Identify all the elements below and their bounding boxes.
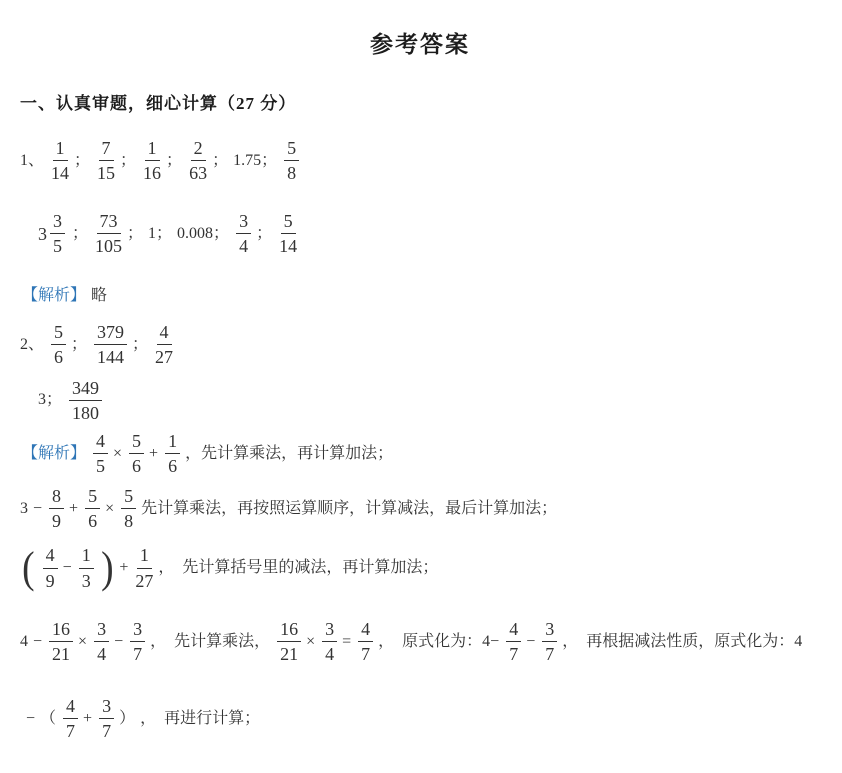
- fraction-numerator: 2: [191, 138, 206, 161]
- answer-row-q1-part1: 1、114；715；116；263；1.75；58: [20, 138, 820, 183]
- analysis-label: 【解析】: [22, 285, 86, 307]
- analysis-label: 【解析】: [22, 443, 86, 465]
- fraction-denominator: 144: [97, 345, 124, 367]
- fraction: 34: [236, 211, 251, 256]
- fraction-numerator: 5: [281, 211, 296, 234]
- fraction: 114: [51, 138, 69, 183]
- document-page: 参考答案 一、认真审题，细心计算（27 分） 1、114；715；116；263…: [0, 0, 842, 741]
- fraction-denominator: 7: [66, 719, 75, 741]
- fraction: 1621: [277, 619, 301, 664]
- fraction: 35: [50, 211, 65, 256]
- text-run: ；: [120, 150, 136, 172]
- fraction-numerator: 1: [137, 545, 152, 568]
- analysis-row-q2-step3: (49−13)+127， 先计算括号里的减法，再计算加法；: [20, 545, 820, 590]
- text-run: −: [33, 498, 42, 520]
- mixed-number-whole: 3: [38, 222, 47, 246]
- text-run: （: [40, 708, 56, 730]
- fraction: 37: [542, 619, 557, 664]
- analysis-row-q1: 【解析】略: [20, 285, 820, 307]
- fraction-denominator: 4: [97, 642, 106, 664]
- fraction-denominator: 27: [135, 569, 153, 591]
- text-run: 2、: [20, 334, 44, 356]
- fraction-numerator: 3: [542, 619, 557, 642]
- fraction-denominator: 3: [82, 569, 91, 591]
- answer-row-q2-part1: 2、56；379144；427: [20, 322, 820, 367]
- fraction: 116: [143, 138, 161, 183]
- fraction-numerator: 379: [94, 322, 127, 345]
- text-run: ， 先计算括号里的减法，再计算加法；: [158, 557, 438, 579]
- fraction: 37: [99, 696, 114, 741]
- fraction: 13: [79, 545, 94, 590]
- fraction-denominator: 105: [95, 234, 122, 256]
- text-run: ， 原式化为：4−: [378, 631, 499, 653]
- text-run: ；: [132, 334, 148, 356]
- fraction: 514: [279, 211, 297, 256]
- fraction-numerator: 73: [97, 211, 121, 234]
- fraction: 349180: [69, 378, 102, 423]
- text-run: +: [83, 708, 92, 730]
- text-run: ；: [71, 334, 87, 356]
- text-run: −: [33, 631, 42, 653]
- fraction-denominator: 6: [88, 509, 97, 531]
- fraction-denominator: 9: [46, 569, 55, 591]
- text-run: ；: [256, 223, 272, 245]
- fraction: 47: [358, 619, 373, 664]
- fraction-numerator: 4: [358, 619, 373, 642]
- text-run: 4: [20, 631, 28, 653]
- fraction: 427: [155, 322, 173, 367]
- fraction-denominator: 6: [168, 454, 177, 476]
- text-run: ， 先计算乘法，: [150, 631, 270, 653]
- fraction: 56: [51, 322, 66, 367]
- fraction: 47: [506, 619, 521, 664]
- fraction-numerator: 3: [99, 696, 114, 719]
- text-run: −: [63, 557, 72, 579]
- fraction-numerator: 4: [157, 322, 172, 345]
- text-run: ×: [78, 631, 87, 653]
- fraction-denominator: 14: [51, 161, 69, 183]
- fraction: 56: [85, 486, 100, 531]
- fraction-numerator: 7: [99, 138, 114, 161]
- text-run: 先计算乘法，再按照运算顺序，计算减法，最后计算加法；: [141, 498, 557, 520]
- fraction-denominator: 8: [124, 509, 133, 531]
- mixed-number: 335: [38, 211, 67, 256]
- fraction-numerator: 5: [121, 486, 136, 509]
- fraction-numerator: 5: [85, 486, 100, 509]
- fraction-denominator: 7: [361, 642, 370, 664]
- fraction-denominator: 15: [97, 161, 115, 183]
- fraction: 16: [165, 431, 180, 476]
- fraction-denominator: 16: [143, 161, 161, 183]
- fraction: 127: [135, 545, 153, 590]
- fraction-numerator: 1: [79, 545, 94, 568]
- text-run: 1；: [148, 223, 172, 245]
- fraction-denominator: 63: [189, 161, 207, 183]
- text-run: 0.008；: [177, 223, 229, 245]
- fraction-numerator: 1: [165, 431, 180, 454]
- text-run: −: [26, 708, 35, 730]
- text-run: ×: [306, 631, 315, 653]
- fraction-denominator: 4: [325, 642, 334, 664]
- fraction: 34: [322, 619, 337, 664]
- fraction-denominator: 27: [155, 345, 173, 367]
- text-run: ；: [127, 223, 143, 245]
- text-run: −: [526, 631, 535, 653]
- text-run: 3: [20, 498, 28, 520]
- fraction-denominator: 21: [280, 642, 298, 664]
- text-run: ；: [72, 223, 88, 245]
- fraction: 379144: [94, 322, 127, 367]
- section-heading: 一、认真审题，细心计算（27 分）: [20, 89, 820, 114]
- analysis-row-q2-step5: −（47+37）， 再进行计算；: [20, 696, 820, 741]
- text-run: ）: [119, 708, 135, 730]
- analysis-row-q2-step4: 4−1621×34−37， 先计算乘法，1621×34=47， 原式化为：4−4…: [20, 619, 820, 664]
- text-run: 1、: [20, 150, 44, 172]
- fraction-denominator: 21: [52, 642, 70, 664]
- fraction: 37: [130, 619, 145, 664]
- text-run: +: [149, 443, 158, 465]
- fraction: 263: [189, 138, 207, 183]
- analysis-row-q2-step1: 【解析】45×56+16，先计算乘法，再计算加法；: [20, 431, 820, 476]
- fraction-numerator: 16: [277, 619, 301, 642]
- fraction-numerator: 4: [43, 545, 58, 568]
- text-run: 略: [91, 285, 107, 307]
- fraction-denominator: 5: [96, 454, 105, 476]
- text-run: −: [114, 631, 123, 653]
- text-run: ；: [212, 150, 228, 172]
- fraction: 58: [284, 138, 299, 183]
- page-title: 参考答案: [20, 26, 820, 59]
- text-run: 3；: [38, 389, 62, 411]
- text-run: ，先计算乘法，再计算加法；: [185, 443, 393, 465]
- fraction-numerator: 16: [49, 619, 73, 642]
- fraction-numerator: 8: [49, 486, 64, 509]
- fraction-numerator: 5: [284, 138, 299, 161]
- fraction-numerator: 3: [94, 619, 109, 642]
- text-run: =: [342, 631, 351, 653]
- text-run: ×: [105, 498, 114, 520]
- text-run: 1.75；: [233, 150, 277, 172]
- fraction: 56: [129, 431, 144, 476]
- answer-content: 1、114；715；116；263；1.75；58335；73105；1；0.0…: [20, 138, 820, 741]
- big-right-paren: ): [101, 547, 113, 589]
- fraction-numerator: 4: [93, 431, 108, 454]
- text-run: +: [69, 498, 78, 520]
- fraction-denominator: 7: [102, 719, 111, 741]
- fraction-numerator: 5: [129, 431, 144, 454]
- fraction-numerator: 4: [506, 619, 521, 642]
- fraction: 58: [121, 486, 136, 531]
- fraction-denominator: 6: [54, 345, 63, 367]
- fraction-denominator: 4: [239, 234, 248, 256]
- fraction-denominator: 9: [52, 509, 61, 531]
- answer-row-q1-part2: 335；73105；1；0.008；34；514: [20, 211, 820, 256]
- fraction-denominator: 8: [287, 161, 296, 183]
- fraction-denominator: 7: [133, 642, 142, 664]
- fraction-numerator: 3: [322, 619, 337, 642]
- fraction-denominator: 7: [545, 642, 554, 664]
- answer-row-q2-part2: 3；349180: [20, 378, 820, 423]
- fraction-numerator: 3: [130, 619, 145, 642]
- fraction: 1621: [49, 619, 73, 664]
- fraction: 715: [97, 138, 115, 183]
- fraction-numerator: 1: [145, 138, 160, 161]
- fraction: 73105: [95, 211, 122, 256]
- text-run: +: [119, 557, 128, 579]
- fraction: 34: [94, 619, 109, 664]
- fraction-denominator: 180: [72, 401, 99, 423]
- text-run: ， 再根据减法性质，原式化为：4: [562, 631, 802, 653]
- text-run: ；: [166, 150, 182, 172]
- fraction-denominator: 14: [279, 234, 297, 256]
- text-run: ；: [74, 150, 90, 172]
- fraction-denominator: 5: [53, 234, 62, 256]
- fraction-numerator: 349: [69, 378, 102, 401]
- fraction: 49: [43, 545, 58, 590]
- fraction: 47: [63, 696, 78, 741]
- fraction: 45: [93, 431, 108, 476]
- fraction: 89: [49, 486, 64, 531]
- fraction-numerator: 5: [51, 322, 66, 345]
- fraction-numerator: 3: [236, 211, 251, 234]
- fraction-numerator: 1: [53, 138, 68, 161]
- analysis-row-q2-step2: 3−89+56×58先计算乘法，再按照运算顺序，计算减法，最后计算加法；: [20, 486, 820, 531]
- text-run: ， 再进行计算；: [140, 708, 260, 730]
- fraction-numerator: 4: [63, 696, 78, 719]
- big-left-paren: (: [22, 547, 34, 589]
- fraction-denominator: 7: [509, 642, 518, 664]
- fraction-denominator: 6: [132, 454, 141, 476]
- fraction-numerator: 3: [50, 211, 65, 234]
- text-run: ×: [113, 443, 122, 465]
